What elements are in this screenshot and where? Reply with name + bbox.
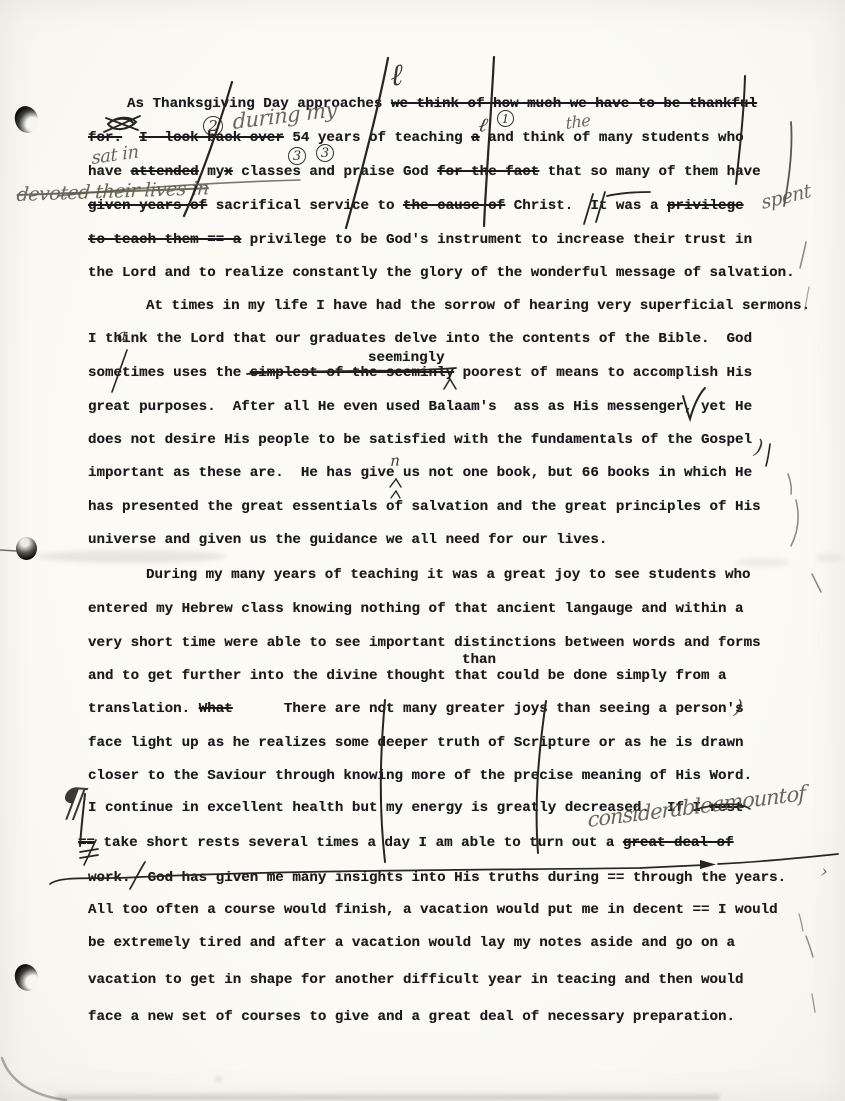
typed-segment-struck: to teach them == a xyxy=(88,232,241,248)
typed-line: sometimes uses the simplest of the seemi… xyxy=(88,366,752,380)
typed-segment: and to get further into the divine thoug… xyxy=(88,668,727,684)
typed-segment-struck: the cause of xyxy=(403,198,505,214)
typed-line: translation. What There are not many gre… xyxy=(88,702,744,716)
typed-segment: poorest of means to accomplish His xyxy=(454,365,752,381)
typed-line: At times in my life I have had the sorro… xyxy=(146,299,810,313)
typed-line: very short time were able to see importa… xyxy=(88,636,761,650)
typed-line: work. God has given me many insights int… xyxy=(88,871,786,885)
typed-segment: that so many of them have xyxy=(539,164,760,180)
circled-number-annotation: 3 xyxy=(288,147,306,165)
typed-segment: Christ. It was a xyxy=(505,198,667,214)
typed-segment-struck: we think of how much we have to be thank… xyxy=(391,96,757,112)
typed-line: As Thanksgiving Day approaches we think … xyxy=(127,97,757,111)
circled-number-annotation: 3 xyxy=(316,144,334,162)
typed-segment: translation. xyxy=(88,701,199,717)
typed-segment: entered my Hebrew class knowing nothing … xyxy=(88,601,744,617)
scan-smudge xyxy=(216,1077,221,1081)
typed-segment: very short time were able to see importa… xyxy=(88,635,761,651)
punch-hole-shadow xyxy=(16,537,37,560)
typed-segment: great purposes. After all He even used B… xyxy=(88,399,752,415)
typed-segment: All too often a course would finish, a v… xyxy=(88,902,778,918)
typed-line: does not desire His people to be satisfi… xyxy=(88,433,752,447)
circled-number-annotation: 2 xyxy=(203,116,223,136)
handwritten-annotation: n xyxy=(390,453,400,469)
typed-segment-struck: == xyxy=(78,835,95,851)
typed-line: for. I look back over 54 years of teachi… xyxy=(88,131,744,145)
handwritten-annotation: a xyxy=(117,327,126,344)
typed-segment: At times in my life I have had the sorro… xyxy=(146,298,810,314)
typed-segment-struck: simplest of the seeminly xyxy=(250,365,454,381)
typed-segment: vacation to get in shape for another dif… xyxy=(88,972,744,988)
typed-segment-struck: for the fact xyxy=(437,164,539,180)
typed-segment: There are not many greater joys than see… xyxy=(233,701,744,717)
typed-line: has presented the great essentials of sa… xyxy=(88,500,761,514)
typed-line: == take short rests several times a day … xyxy=(78,836,734,850)
typed-segment: sacrifical service to xyxy=(207,198,403,214)
typed-segment: face a new set of courses to give and a … xyxy=(88,1009,735,1025)
typed-line: entered my Hebrew class knowing nothing … xyxy=(88,602,744,616)
typed-line: face a new set of courses to give and a … xyxy=(88,1010,735,1024)
typed-line: important as these are. He has give us n… xyxy=(88,466,752,480)
typed-line: During my many years of teaching it was … xyxy=(146,568,751,582)
typed-segment: universe and given us the guidance we al… xyxy=(88,532,607,548)
typed-segment-struck: x xyxy=(224,164,233,180)
typed-segment: During my many years of teaching it was … xyxy=(146,567,751,583)
typed-segment-struck: great deal of xyxy=(623,835,734,851)
typed-line: great purposes. After all He even used B… xyxy=(88,400,752,414)
page-bottom-scan-shadow xyxy=(56,1091,720,1100)
typed-segment: has presented the great essentials of sa… xyxy=(88,499,761,515)
typed-interlinear-insertion: than xyxy=(462,653,496,667)
typed-line: universe and given us the guidance we al… xyxy=(88,533,607,547)
typed-segment: 54 years of teaching xyxy=(284,130,471,146)
typed-line: All too often a course would finish, a v… xyxy=(88,903,778,917)
typed-line: face light up as he realizes some deeper… xyxy=(88,736,744,750)
circled-number-annotation: 1 xyxy=(497,110,514,127)
typed-line: given years of sacrifical service to the… xyxy=(88,199,744,213)
handwritten-annotation: the xyxy=(565,112,590,132)
typed-segment: privilege to be God's instrument to incr… xyxy=(241,232,752,248)
typed-segment: and think of many students who xyxy=(480,130,744,146)
typed-segment: classes and praise God xyxy=(233,164,437,180)
typed-line: the Lord and to realize constantly the g… xyxy=(88,266,795,280)
typed-segment: face light up as he realizes some deeper… xyxy=(88,735,744,751)
scan-smudge xyxy=(735,558,790,567)
typed-line: and to get further into the divine thoug… xyxy=(88,669,727,683)
typed-line: vacation to get in shape for another dif… xyxy=(88,973,744,987)
scan-smudge xyxy=(36,550,226,563)
scan-smudge xyxy=(816,554,842,562)
typed-segment: the Lord and to realize constantly the g… xyxy=(88,265,795,281)
typed-line: to teach them == a privilege to be God's… xyxy=(88,233,752,247)
typed-segment: important as these are. He has give us n… xyxy=(88,465,752,481)
typed-line: be extremely tired and after a vacation … xyxy=(88,936,735,950)
typed-segment: sometimes uses the xyxy=(88,365,250,381)
typed-segment: I think the Lord that our graduates delv… xyxy=(88,331,752,347)
typed-line: closer to the Saviour through knowing mo… xyxy=(88,769,752,783)
typed-segment-struck: privilege xyxy=(667,198,744,214)
typed-segment: work. God has given me many insights int… xyxy=(88,870,786,886)
typed-segment: closer to the Saviour through knowing mo… xyxy=(88,768,752,784)
typed-interlinear-insertion: seemingly xyxy=(368,351,445,365)
typed-segment: does not desire His people to be satisfi… xyxy=(88,432,752,448)
typed-segment: be extremely tired and after a vacation … xyxy=(88,935,735,951)
typed-line: I think the Lord that our graduates delv… xyxy=(88,332,752,346)
handwritten-annotation: ℓ xyxy=(390,60,403,92)
scanned-manuscript-screenshot: As Thanksgiving Day approaches we think … xyxy=(0,0,845,1101)
typed-segment-struck: What xyxy=(199,701,233,717)
typed-segment: take short rests several times a day I a… xyxy=(95,835,623,851)
